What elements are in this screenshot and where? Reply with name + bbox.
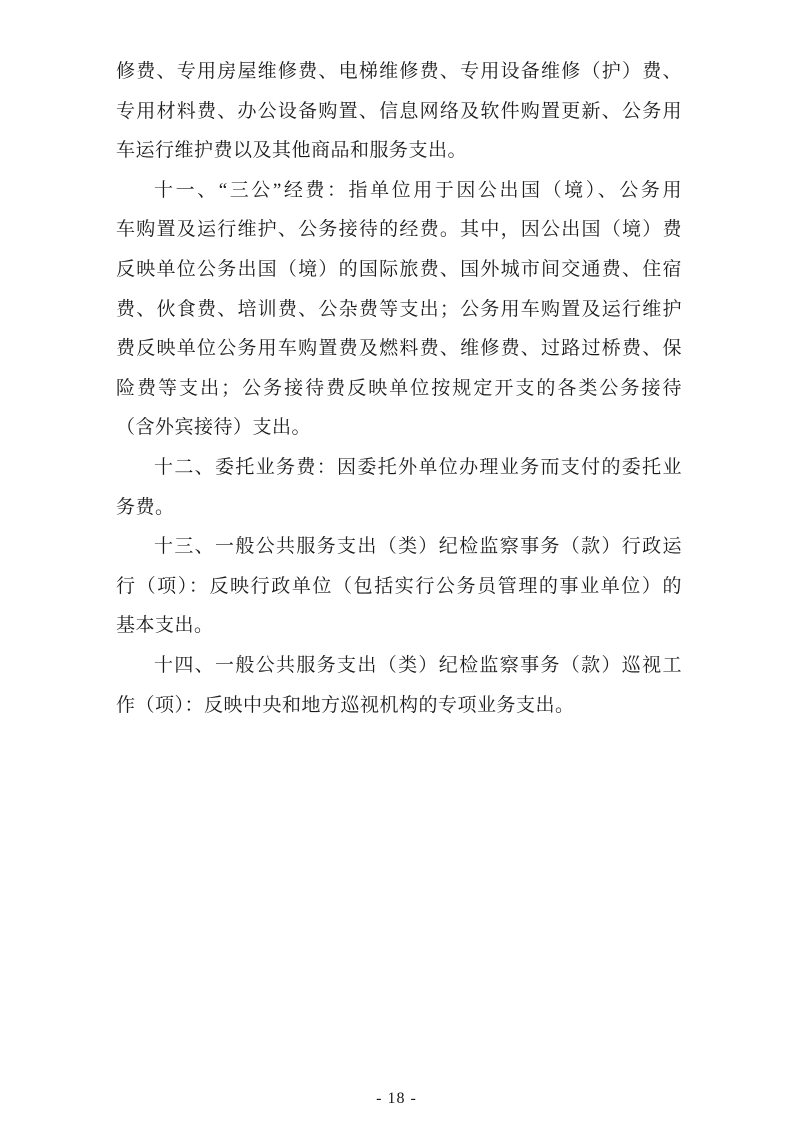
doc-line: 费反映单位公务用车购置费及燃料费、维修费、过路过桥费、保 [116, 329, 682, 369]
paragraph-item-13: 十三、一般公共服务支出（类）纪检监察事务（款）行政运 行（项）：反映行政单位（包… [116, 527, 682, 646]
doc-line: 十一、“三公”经费：指单位用于因公出国（境）、公务用 [116, 171, 682, 211]
doc-line: 车运行维护费以及其他商品和服务支出。 [116, 131, 682, 171]
paragraph-item-11: 十一、“三公”经费：指单位用于因公出国（境）、公务用 车购置及运行维护、公务接待… [116, 171, 682, 448]
document-page: 修费、专用房屋维修费、电梯维修费、专用设备维修（护）费、 专用材料费、办公设备购… [0, 0, 793, 1122]
page-number: - 18 - [0, 1090, 793, 1108]
doc-line: 十三、一般公共服务支出（类）纪检监察事务（款）行政运 [116, 527, 682, 567]
doc-line: 费、伙食费、培训费、公杂费等支出；公务用车购置及运行维护 [116, 290, 682, 330]
doc-line: 基本支出。 [116, 606, 682, 646]
doc-line: 务费。 [116, 488, 682, 528]
doc-line: 十二、委托业务费：因委托外单位办理业务而支付的委托业 [116, 448, 682, 488]
doc-line: 行（项）：反映行政单位（包括实行公务员管理的事业单位）的 [116, 567, 682, 607]
doc-line: 十四、一般公共服务支出（类）纪检监察事务（款）巡视工 [116, 646, 682, 686]
doc-line: 修费、专用房屋维修费、电梯维修费、专用设备维修（护）费、 [116, 52, 682, 92]
doc-line: （含外宾接待）支出。 [116, 408, 682, 448]
doc-line: 车购置及运行维护、公务接待的经费。其中，因公出国（境）费 [116, 210, 682, 250]
doc-line: 专用材料费、办公设备购置、信息网络及软件购置更新、公务用 [116, 92, 682, 132]
paragraph-item-12: 十二、委托业务费：因委托外单位办理业务而支付的委托业 务费。 [116, 448, 682, 527]
paragraph-continuation: 修费、专用房屋维修费、电梯维修费、专用设备维修（护）费、 专用材料费、办公设备购… [116, 52, 682, 171]
doc-line: 险费等支出；公务接待费反映单位按规定开支的各类公务接待 [116, 369, 682, 409]
doc-line: 反映单位公务出国（境）的国际旅费、国外城市间交通费、住宿 [116, 250, 682, 290]
doc-line: 作（项）：反映中央和地方巡视机构的专项业务支出。 [116, 686, 682, 726]
paragraph-item-14: 十四、一般公共服务支出（类）纪检监察事务（款）巡视工 作（项）：反映中央和地方巡… [116, 646, 682, 725]
document-body: 修费、专用房屋维修费、电梯维修费、专用设备维修（护）费、 专用材料费、办公设备购… [116, 52, 682, 725]
